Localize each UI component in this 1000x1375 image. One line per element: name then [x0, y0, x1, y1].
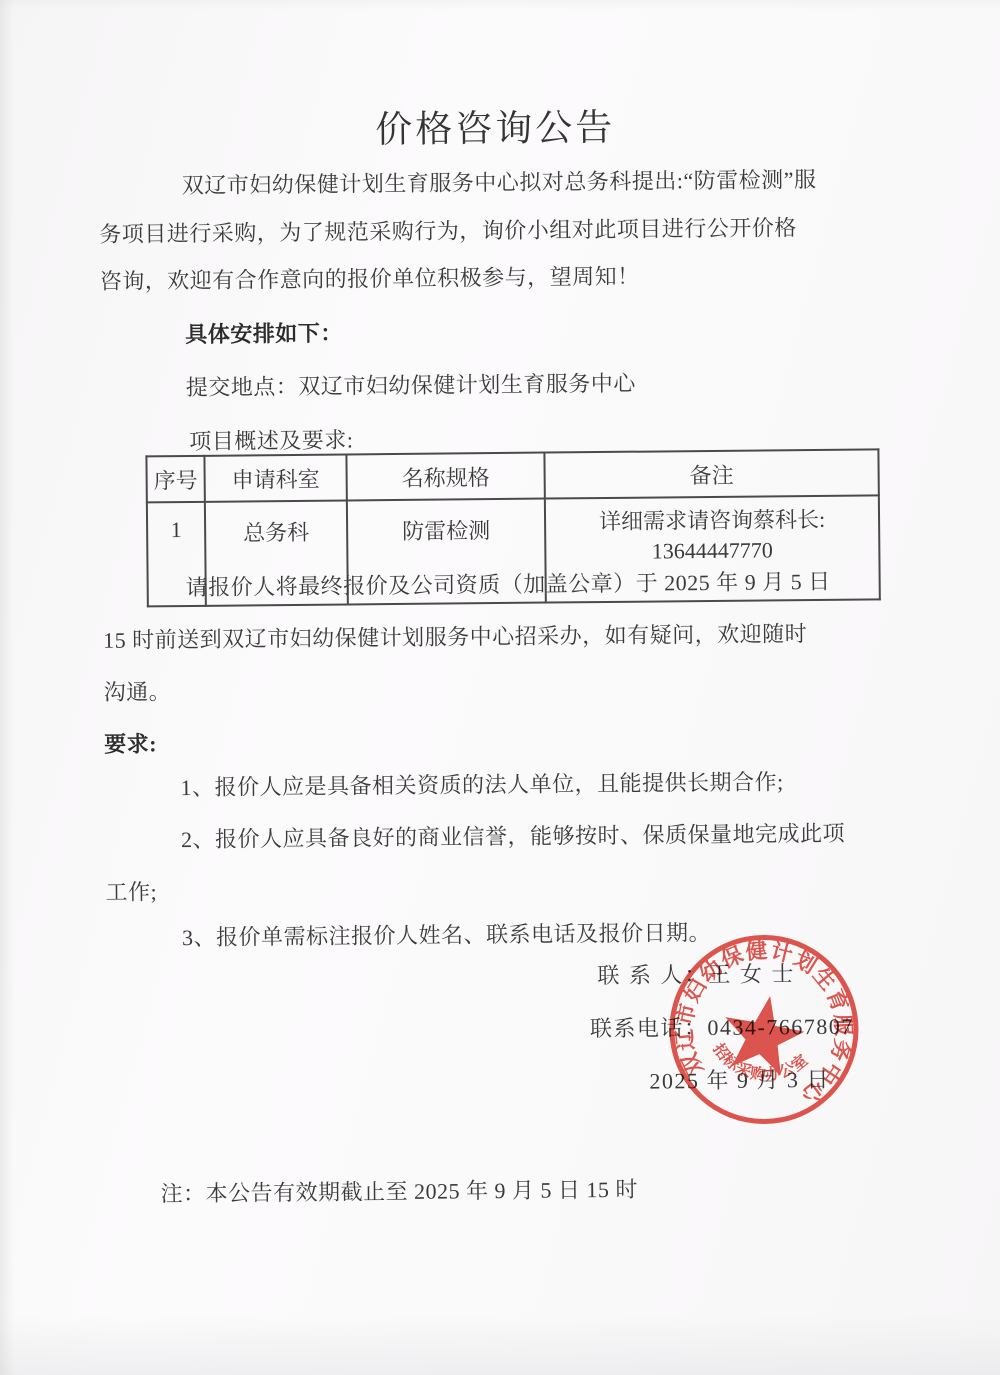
paper-sheet: 价格咨询公告 双辽市妇幼保健计划生育服务中心拟对总务科提出:“防雷检测”服 务项…	[0, 0, 1000, 1375]
arrangement-heading: 具体安排如下：	[185, 316, 343, 349]
remark-line-1: 详细需求请咨询蔡科长:	[550, 504, 874, 537]
header-spec: 名称规格	[346, 453, 544, 501]
header-department: 申请科室	[204, 454, 346, 501]
official-seal-stamp: 双辽市妇幼保健计划生育服务中心 招标采购办公室	[620, 885, 909, 1174]
scanned-announcement-page: 价格咨询公告 双辽市妇幼保健计划生育服务中心拟对总务科提出:“防雷检测”服 务项…	[0, 0, 1000, 1375]
intro-line-2: 务项目进行采购，为了规范采购行为，询价小组对此项目进行公开价格	[99, 211, 797, 249]
deadline-line-3: 沟通。	[104, 675, 172, 707]
requirements-heading: 要求:	[104, 727, 157, 759]
requirement-item-2-line-1: 2、报价人应具备良好的商业信誉，能够按时、保质保量地完成此项	[181, 817, 845, 854]
requirement-item-2-line-2: 工作;	[105, 875, 157, 906]
submit-location-line: 提交地点：双辽市妇幼保健计划生育服务中心	[186, 367, 636, 402]
table-header-row: 序号 申请科室 名称规格 备注	[146, 449, 878, 502]
overview-heading: 项目概述及要求:	[189, 423, 353, 456]
header-seq: 序号	[146, 456, 204, 503]
header-remark: 备注	[544, 449, 878, 498]
remark-line-2: 13644447770	[550, 534, 874, 567]
validity-note: 注：本公告有效期截止至 2025 年 9 月 5 日 15 时	[160, 1173, 638, 1209]
deadline-line-2: 15 时前送到双辽市妇幼保健计划服务中心招采办，如有疑问，欢迎随时	[103, 617, 807, 655]
intro-line-3: 咨询，欢迎有合作意向的报价单位积极参与，望周知！	[100, 260, 640, 296]
requirement-item-1: 1、报价人应是具备相关资质的法人单位，且能提供长期合作;	[180, 765, 783, 802]
deadline-line-1: 请报价人将最终报价及公司资质（加盖公章）于 2025 年 9 月 5 日	[186, 565, 831, 602]
requirement-item-3: 3、报价单需标注报价人姓名、联系电话及报价日期。	[182, 916, 711, 952]
document-title: 价格咨询公告	[0, 93, 995, 157]
intro-line-1: 双辽市妇幼保健计划生育服务中心拟对总务科提出:“防雷检测”服	[182, 163, 817, 200]
